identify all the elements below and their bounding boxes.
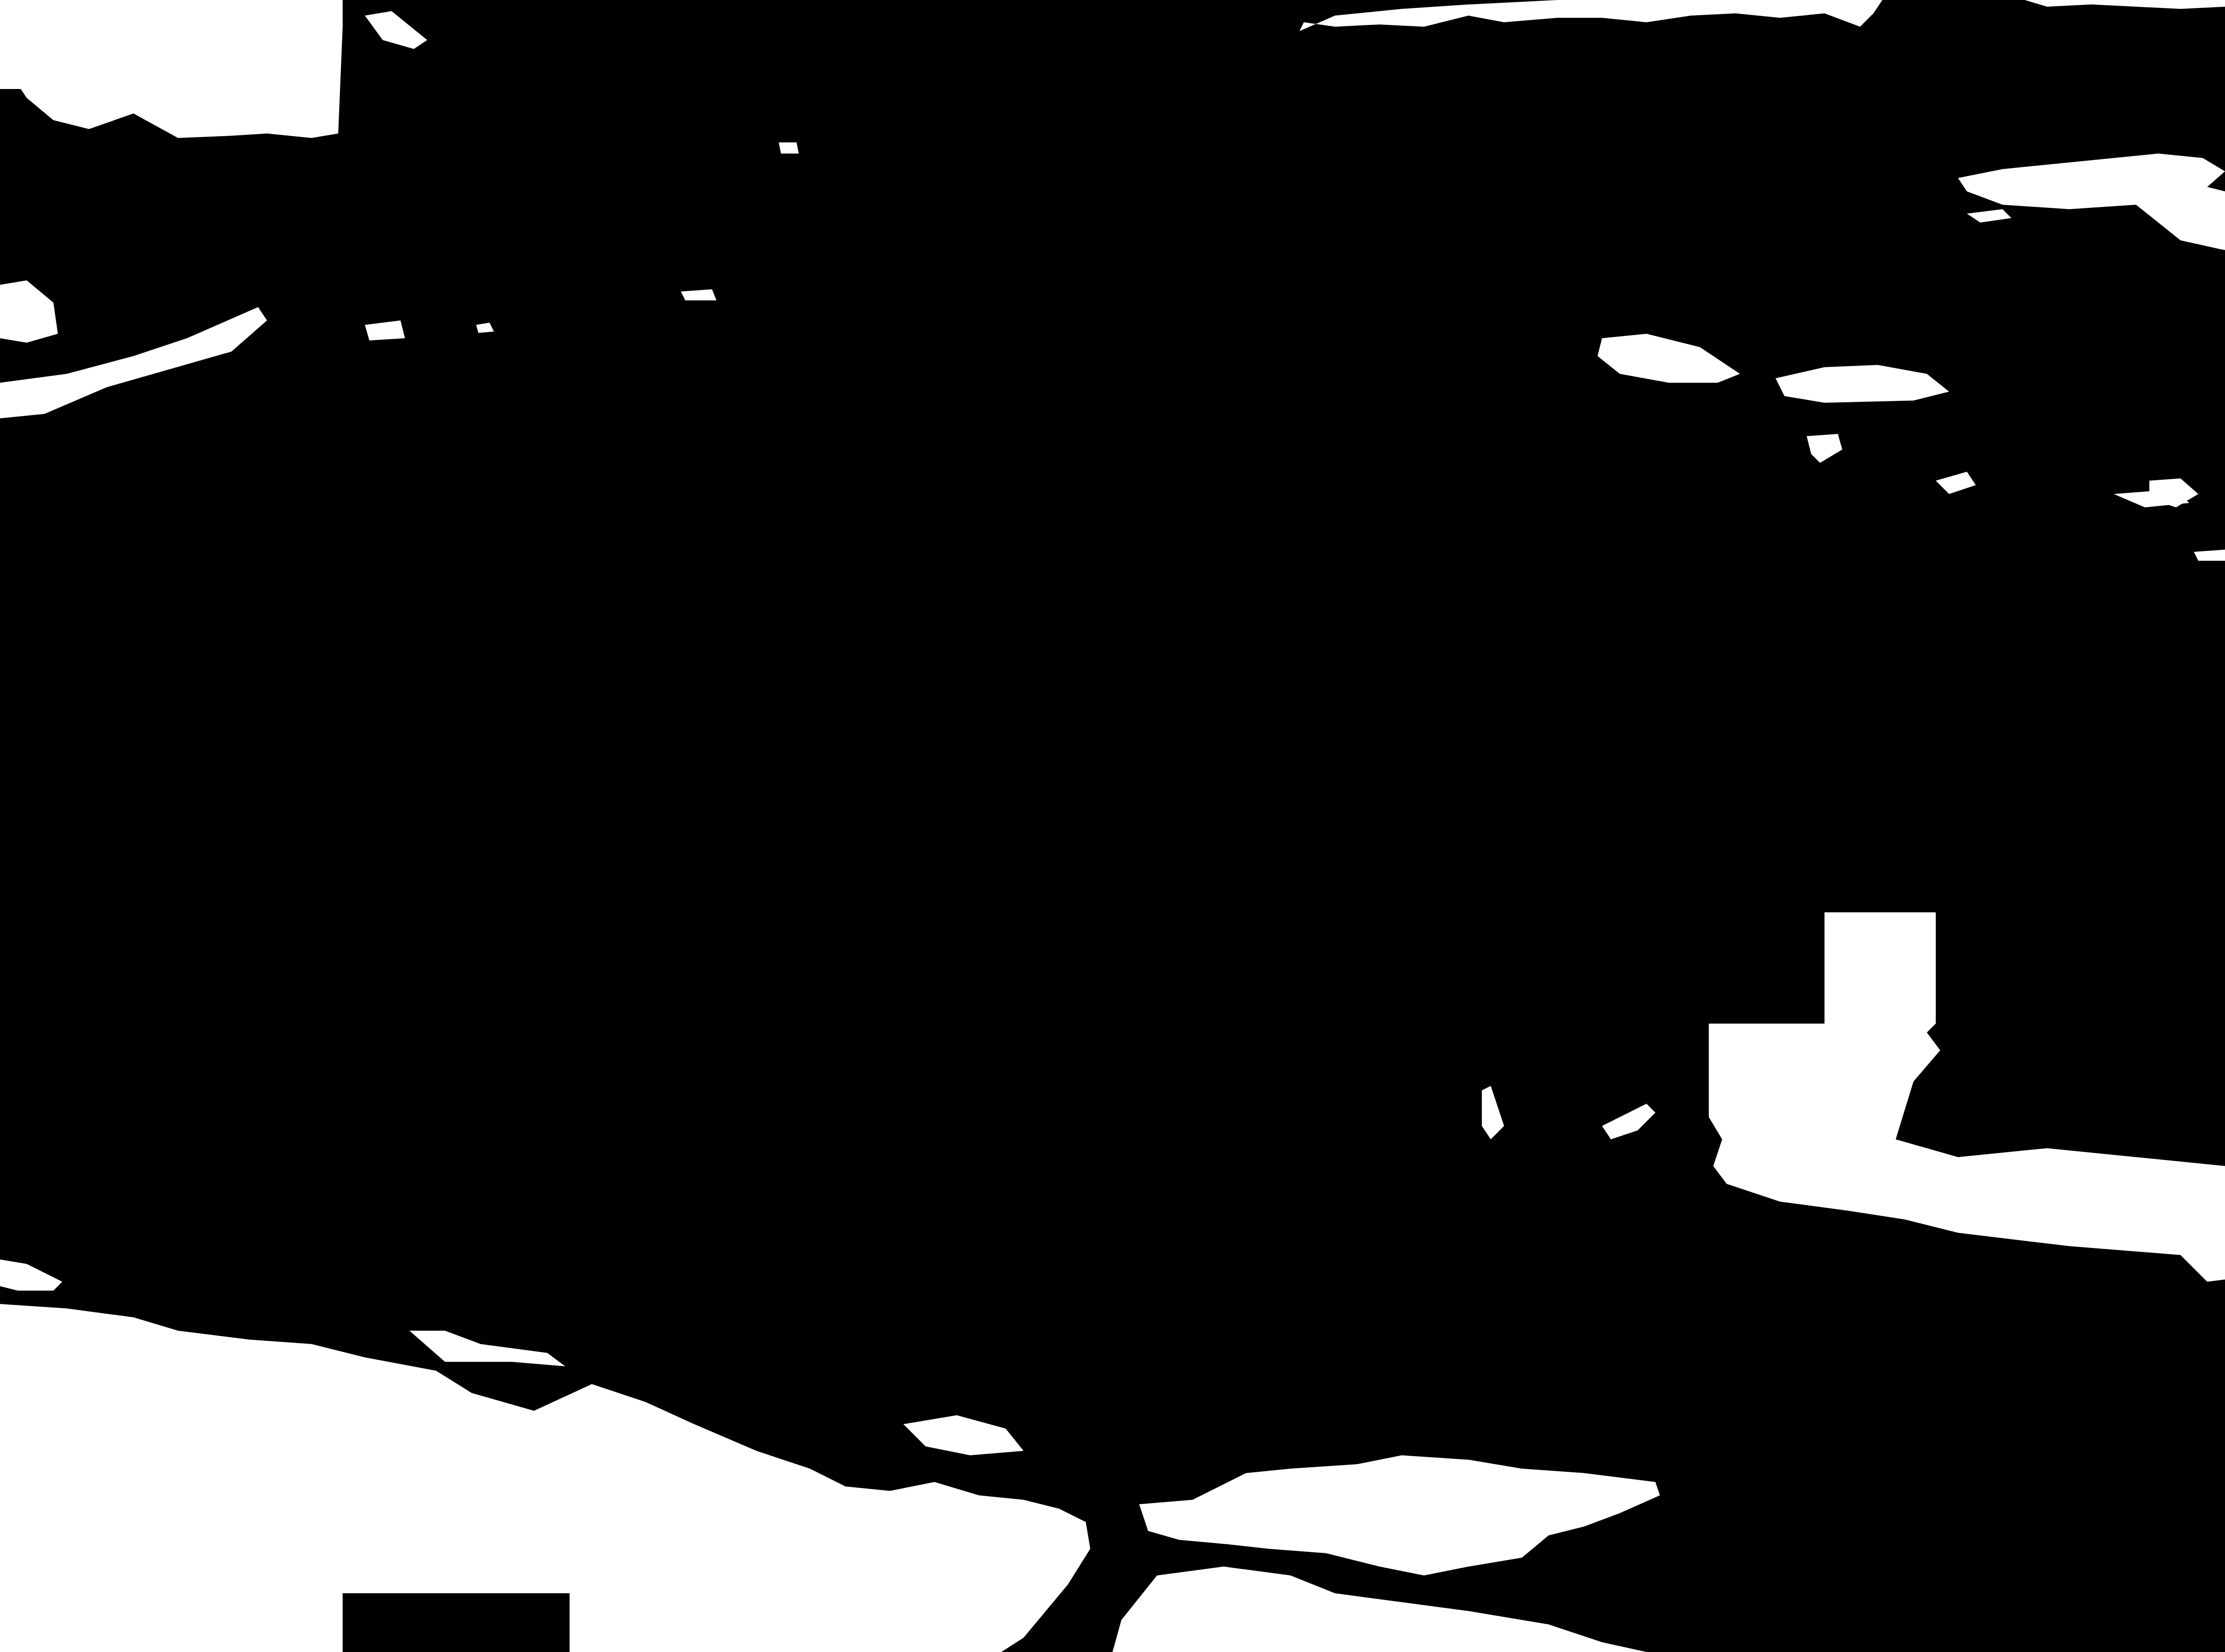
mask-region (779, 142, 799, 154)
segmentation-mask (0, 0, 2225, 1652)
